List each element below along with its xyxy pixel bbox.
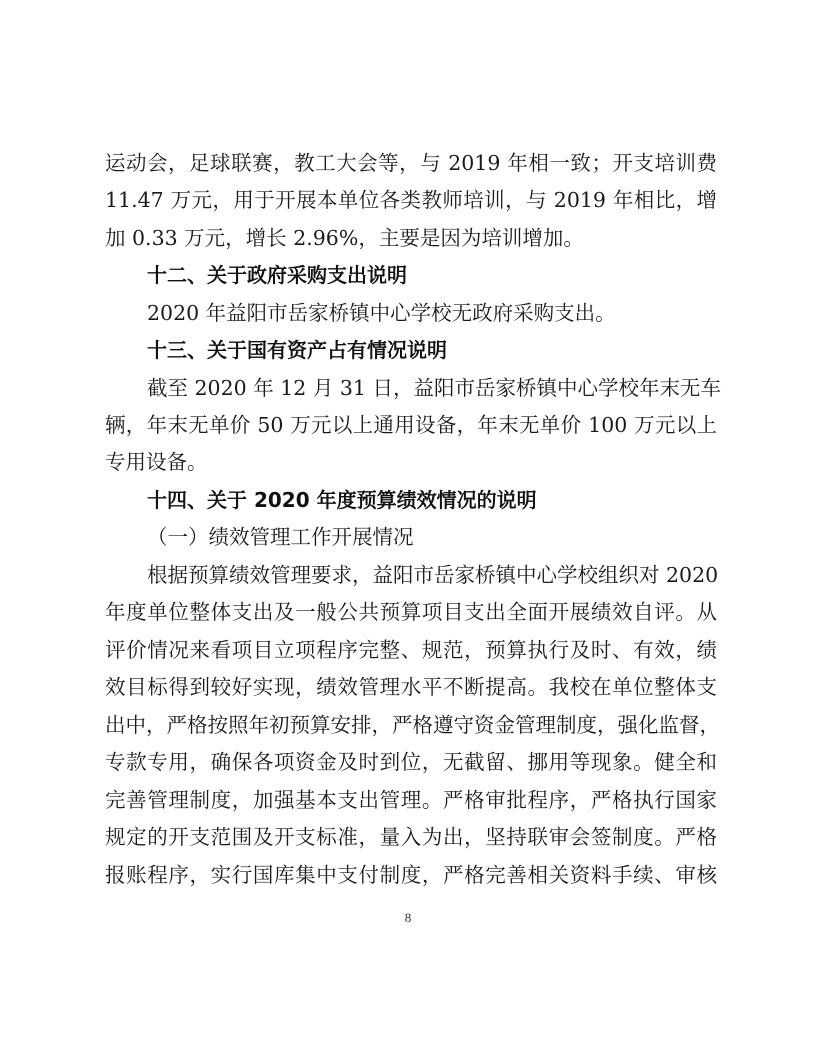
body-text-line: 完善管理制度，加强基本支出管理。严格审批程序，严格执行国家 (105, 785, 717, 815)
body-text-line: 年度单位整体支出及一般公共预算项目支出全面开展绩效自评。从 (105, 597, 717, 627)
document-page: 运动会，足球联赛，教工大会等，与 2019 年相一致；开支培训费 11.47 万… (0, 0, 815, 1055)
body-text-line: 效目标得到较好实现，绩效管理水平不断提高。我校在单位整体支 (105, 672, 717, 702)
section-heading-13: 十三、关于国有资产占有情况说明 (147, 335, 447, 365)
body-text-line: 规定的开支范围及开支标准，量入为出，坚持联审会签制度。严格 (105, 822, 717, 852)
body-text-line: 2020 年益阳市岳家桥镇中心学校无政府采购支出。 (147, 298, 717, 328)
body-text-line: 截至 2020 年 12 月 31 日，益阳市岳家桥镇中心学校年末无车 (147, 373, 717, 403)
page-number: 8 (400, 908, 416, 928)
body-text-line: 11.47 万元，用于开展本单位各类教师培训，与 2019 年相比，增 (105, 185, 717, 215)
body-text-line: 运动会，足球联赛，教工大会等，与 2019 年相一致；开支培训费 (105, 148, 717, 178)
section-heading-12: 十二、关于政府采购支出说明 (147, 260, 407, 290)
body-text-line: 根据预算绩效管理要求，益阳市岳家桥镇中心学校组织对 2020 (147, 560, 717, 590)
body-text-line: 加 0.33 万元，增长 2.96%，主要是因为培训增加。 (105, 223, 717, 253)
body-text-line: 专用设备。 (105, 447, 717, 477)
body-text-line: 专款专用，确保各项资金及时到位，无截留、挪用等现象。健全和 (105, 747, 717, 777)
body-text-line: 出中，严格按照年初预算安排，严格遵守资金管理制度，强化监督， (105, 710, 717, 740)
subsection-heading: （一）绩效管理工作开展情况 (147, 522, 717, 552)
section-heading-14: 十四、关于 2020 年度预算绩效情况的说明 (147, 485, 537, 515)
body-text-line: 辆，年末无单价 50 万元以上通用设备，年末无单价 100 万元以上 (105, 410, 717, 440)
body-text-line: 报账程序，实行国库集中支付制度，严格完善相关资料手续、审核 (105, 860, 717, 890)
body-text-line: 评价情况来看项目立项程序完整、规范，预算执行及时、有效，绩 (105, 635, 717, 665)
